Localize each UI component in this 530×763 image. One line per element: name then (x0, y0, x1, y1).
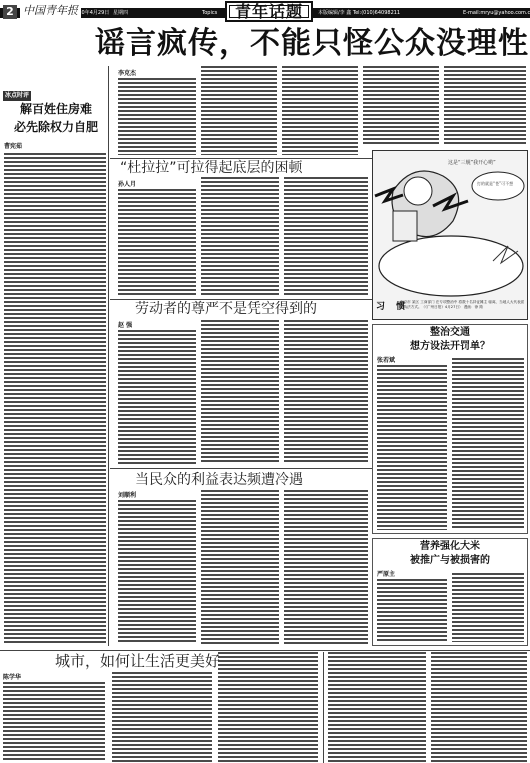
article-body-city-col5 (431, 652, 527, 762)
article-author-public: 刘顺利 (118, 492, 136, 499)
left-headline-line2: 必先除权力自肥 (6, 118, 106, 136)
editorial-cartoon: 这是“三舰”我开心哟” 打的就是“苍”可不想 (372, 150, 528, 320)
article-body-labor-col3 (284, 320, 368, 464)
page-number: 2 (3, 5, 17, 19)
article-body-labor-col2 (201, 320, 279, 464)
column-divider (323, 652, 324, 763)
decorative-slashes-icon: //// (46, 8, 52, 18)
article-headline-public: 当民众的利益表达频遭冷遇 (135, 472, 303, 489)
column-divider (108, 66, 109, 646)
article-author-city: 陈学华 (3, 674, 21, 681)
editor-contact: 本版编辑/李 鑫 Tel:(010)64098211 (318, 8, 400, 18)
article-author-traffic: 张若斌 (377, 357, 395, 364)
article-body-public-col2 (201, 490, 279, 644)
article-headline-labor: 劳动者的尊严不是凭空得到的 (135, 301, 317, 318)
section-title-box: 青年话题 (225, 1, 313, 22)
article-title-rice-line1: 营养强化大米 (372, 540, 528, 554)
article-body-dulala-col3 (284, 177, 368, 295)
article-body-dulala-col1 (118, 189, 196, 295)
article-author-labor: 赵 强 (118, 322, 132, 329)
editor-text: 星期四 (113, 8, 128, 18)
article-body-city-col4 (328, 652, 426, 762)
article-body-public-col3 (284, 490, 368, 644)
section-divider (110, 158, 372, 159)
article-headline-dulala: “杜拉拉”可拉得起底层的困顿 (120, 160, 303, 177)
article-body-labor-col1 (118, 330, 196, 464)
section-divider (0, 650, 530, 651)
section-title: 青年话题 (235, 2, 303, 21)
main-article-col3 (282, 66, 358, 155)
left-article-body (4, 153, 106, 645)
cartoon-caption: 南京市 某区 工商部门 在专项整治中 将数十名持证摊主 驱离，当地人大代表质疑执… (400, 300, 526, 316)
article-title-traffic-line2: 想方设法开罚单？ (372, 340, 528, 354)
article-headline-city: 城市，如何让生活更美好 (55, 653, 220, 670)
cartoon-illustration-icon (373, 151, 528, 301)
article-body-traffic-col1 (377, 365, 447, 530)
main-article-col5 (444, 66, 526, 146)
article-body-traffic-col2 (452, 358, 524, 530)
left-headline: 解百姓住房难 必先除权力自肥 (6, 100, 106, 136)
article-author-dulala: 孙人月 (118, 181, 136, 188)
topics-label: Topics (202, 8, 217, 18)
main-article-col2 (201, 66, 277, 155)
article-body-public-col1 (118, 500, 196, 644)
article-body-city-col2 (112, 672, 212, 762)
main-article-col4 (363, 66, 439, 146)
contact-email: E-mail:mryu@yahoo.com.cn (463, 8, 530, 18)
speech-bubble-2: 打的就是“苍”可不想 (477, 181, 522, 186)
article-body-city-col3 (218, 652, 318, 762)
section-divider (110, 299, 372, 300)
main-article-col1 (118, 78, 196, 155)
article-title-rice-line2: 被推广与被损害的 (372, 554, 528, 568)
article-body-rice-col2 (452, 573, 524, 642)
left-author: 曹宪茹 (4, 143, 22, 150)
article-body-dulala-col2 (201, 177, 279, 295)
speech-bubble-1: 这是“三舰”我开心哟” (448, 159, 496, 166)
left-headline-line1: 解百姓住房难 (6, 100, 106, 118)
article-title-traffic-line1: 整治交通 (372, 326, 528, 340)
issue-date: 2010年4月29日 (72, 8, 109, 18)
section-divider (110, 468, 372, 469)
article-body-city-col1 (3, 682, 105, 762)
main-headline: 谣言疯传，不能只怪公众没理性 (95, 26, 529, 62)
article-body-rice-col1 (377, 579, 447, 642)
article-author-rice: 严原主 (377, 571, 395, 578)
main-author: 李克杰 (118, 70, 136, 77)
